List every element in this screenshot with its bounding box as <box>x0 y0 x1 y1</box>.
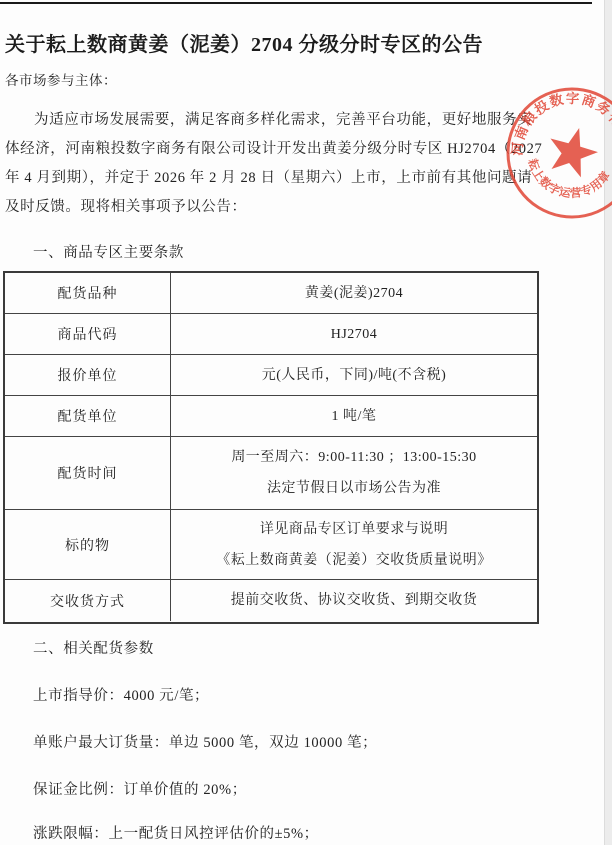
section-heading-params: 二、相关配货参数 <box>33 637 154 658</box>
table-cell-line: HJ2704 <box>331 319 378 350</box>
table-row-value: 黄姜(泥姜)2704 <box>171 273 537 313</box>
intro-paragraph-line: 体经济，河南粮投数字商务有限公司设计开发出黄姜分级分时专区 HJ2704（202… <box>5 135 565 164</box>
table-row: 配货单位 1 吨/笔 <box>5 396 537 437</box>
table-cell-line: 提前交收货、协议交收货、到期交收货 <box>231 585 478 616</box>
table-cell-line: 周一至周六：9:00-11:30 ；13:00-15:30 <box>231 442 476 473</box>
announcement-page: { "page": { "title": "关于耘上数商黄姜（泥姜）2704 分… <box>0 0 612 845</box>
section-heading-terms: 一、商品专区主要条款 <box>33 241 184 262</box>
table-row-value: 1 吨/笔 <box>171 396 537 436</box>
company-seal: 河南粮投数字商务有限公司 耘上数字运营专用章 <box>497 72 612 237</box>
table-row: 商品代码 HJ2704 <box>5 314 537 355</box>
table-row: 配货品种 黄姜(泥姜)2704 <box>5 273 537 314</box>
salutation-line: 各市场参与主体： <box>5 69 117 89</box>
seal-star-icon <box>542 121 603 180</box>
table-row-label: 配货品种 <box>5 273 171 313</box>
param-line: 单账户最大订货量：单边 5000 笔，双边 10000 笔； <box>33 731 377 752</box>
table-row: 标的物 详见商品专区订单要求与说明《耘上数商黄姜（泥姜）交收货质量说明》 <box>5 510 537 580</box>
table-row-value: HJ2704 <box>171 314 537 354</box>
terms-table: 配货品种 黄姜(泥姜)2704 商品代码 HJ2704 报价单位 元(人民币，下… <box>3 271 539 624</box>
table-cell-line: 法定节假日以市场公告为准 <box>267 473 441 504</box>
table-cell-line: 《耘上数商黄姜（泥姜）交收货质量说明》 <box>216 545 492 576</box>
top-rule-divider <box>0 2 592 4</box>
intro-paragraph-line: 为适应市场发展需要，满足客商多样化需求，完善平台功能，更好地服务实 <box>5 106 565 135</box>
table-row-label: 标的物 <box>5 510 171 579</box>
param-line: 涨跌限幅：上一配货日风控评估价的±5%； <box>33 822 319 843</box>
table-row-value: 元(人民币，下同)/吨(不含税) <box>171 355 537 395</box>
intro-paragraph: 为适应市场发展需要，满足客商多样化需求，完善平台功能，更好地服务实 体经济，河南… <box>5 106 565 222</box>
table-row-value: 周一至周六：9:00-11:30 ；13:00-15:30法定节假日以市场公告为… <box>171 437 537 509</box>
table-row-label: 商品代码 <box>5 314 171 354</box>
param-line: 保证金比例：订单价值的 20%； <box>33 778 247 799</box>
table-row-label: 报价单位 <box>5 355 171 395</box>
intro-paragraph-line: 年 4 月到期），并定于 2026 年 2 月 28 日（星期六）上市，上市前有… <box>5 164 565 193</box>
table-cell-line: 1 吨/笔 <box>332 401 377 432</box>
table-row: 交收货方式 提前交收货、协议交收货、到期交收货 <box>5 580 537 621</box>
table-row-value: 详见商品专区订单要求与说明《耘上数商黄姜（泥姜）交收货质量说明》 <box>171 510 537 579</box>
table-row-label: 配货时间 <box>5 437 171 509</box>
intro-paragraph-line: 及时反馈。现将相关事项予以公告： <box>5 193 565 222</box>
company-seal-graphic: 河南粮投数字商务有限公司 耘上数字运营专用章 <box>497 72 612 237</box>
table-cell-line: 详见商品专区订单要求与说明 <box>260 514 449 545</box>
table-cell-line: 黄姜(泥姜)2704 <box>305 278 403 309</box>
table-row-value: 提前交收货、协议交收货、到期交收货 <box>171 580 537 621</box>
page-title: 关于耘上数商黄姜（泥姜）2704 分级分时专区的公告 <box>5 28 565 57</box>
table-row: 配货时间 周一至周六：9:00-11:30 ；13:00-15:30法定节假日以… <box>5 437 537 510</box>
table-row-label: 配货单位 <box>5 396 171 436</box>
table-row: 报价单位 元(人民币，下同)/吨(不含税) <box>5 355 537 396</box>
table-row-label: 交收货方式 <box>5 580 171 621</box>
table-cell-line: 元(人民币，下同)/吨(不含税) <box>262 360 447 391</box>
param-line: 上市指导价：4000 元/笔； <box>33 684 209 705</box>
